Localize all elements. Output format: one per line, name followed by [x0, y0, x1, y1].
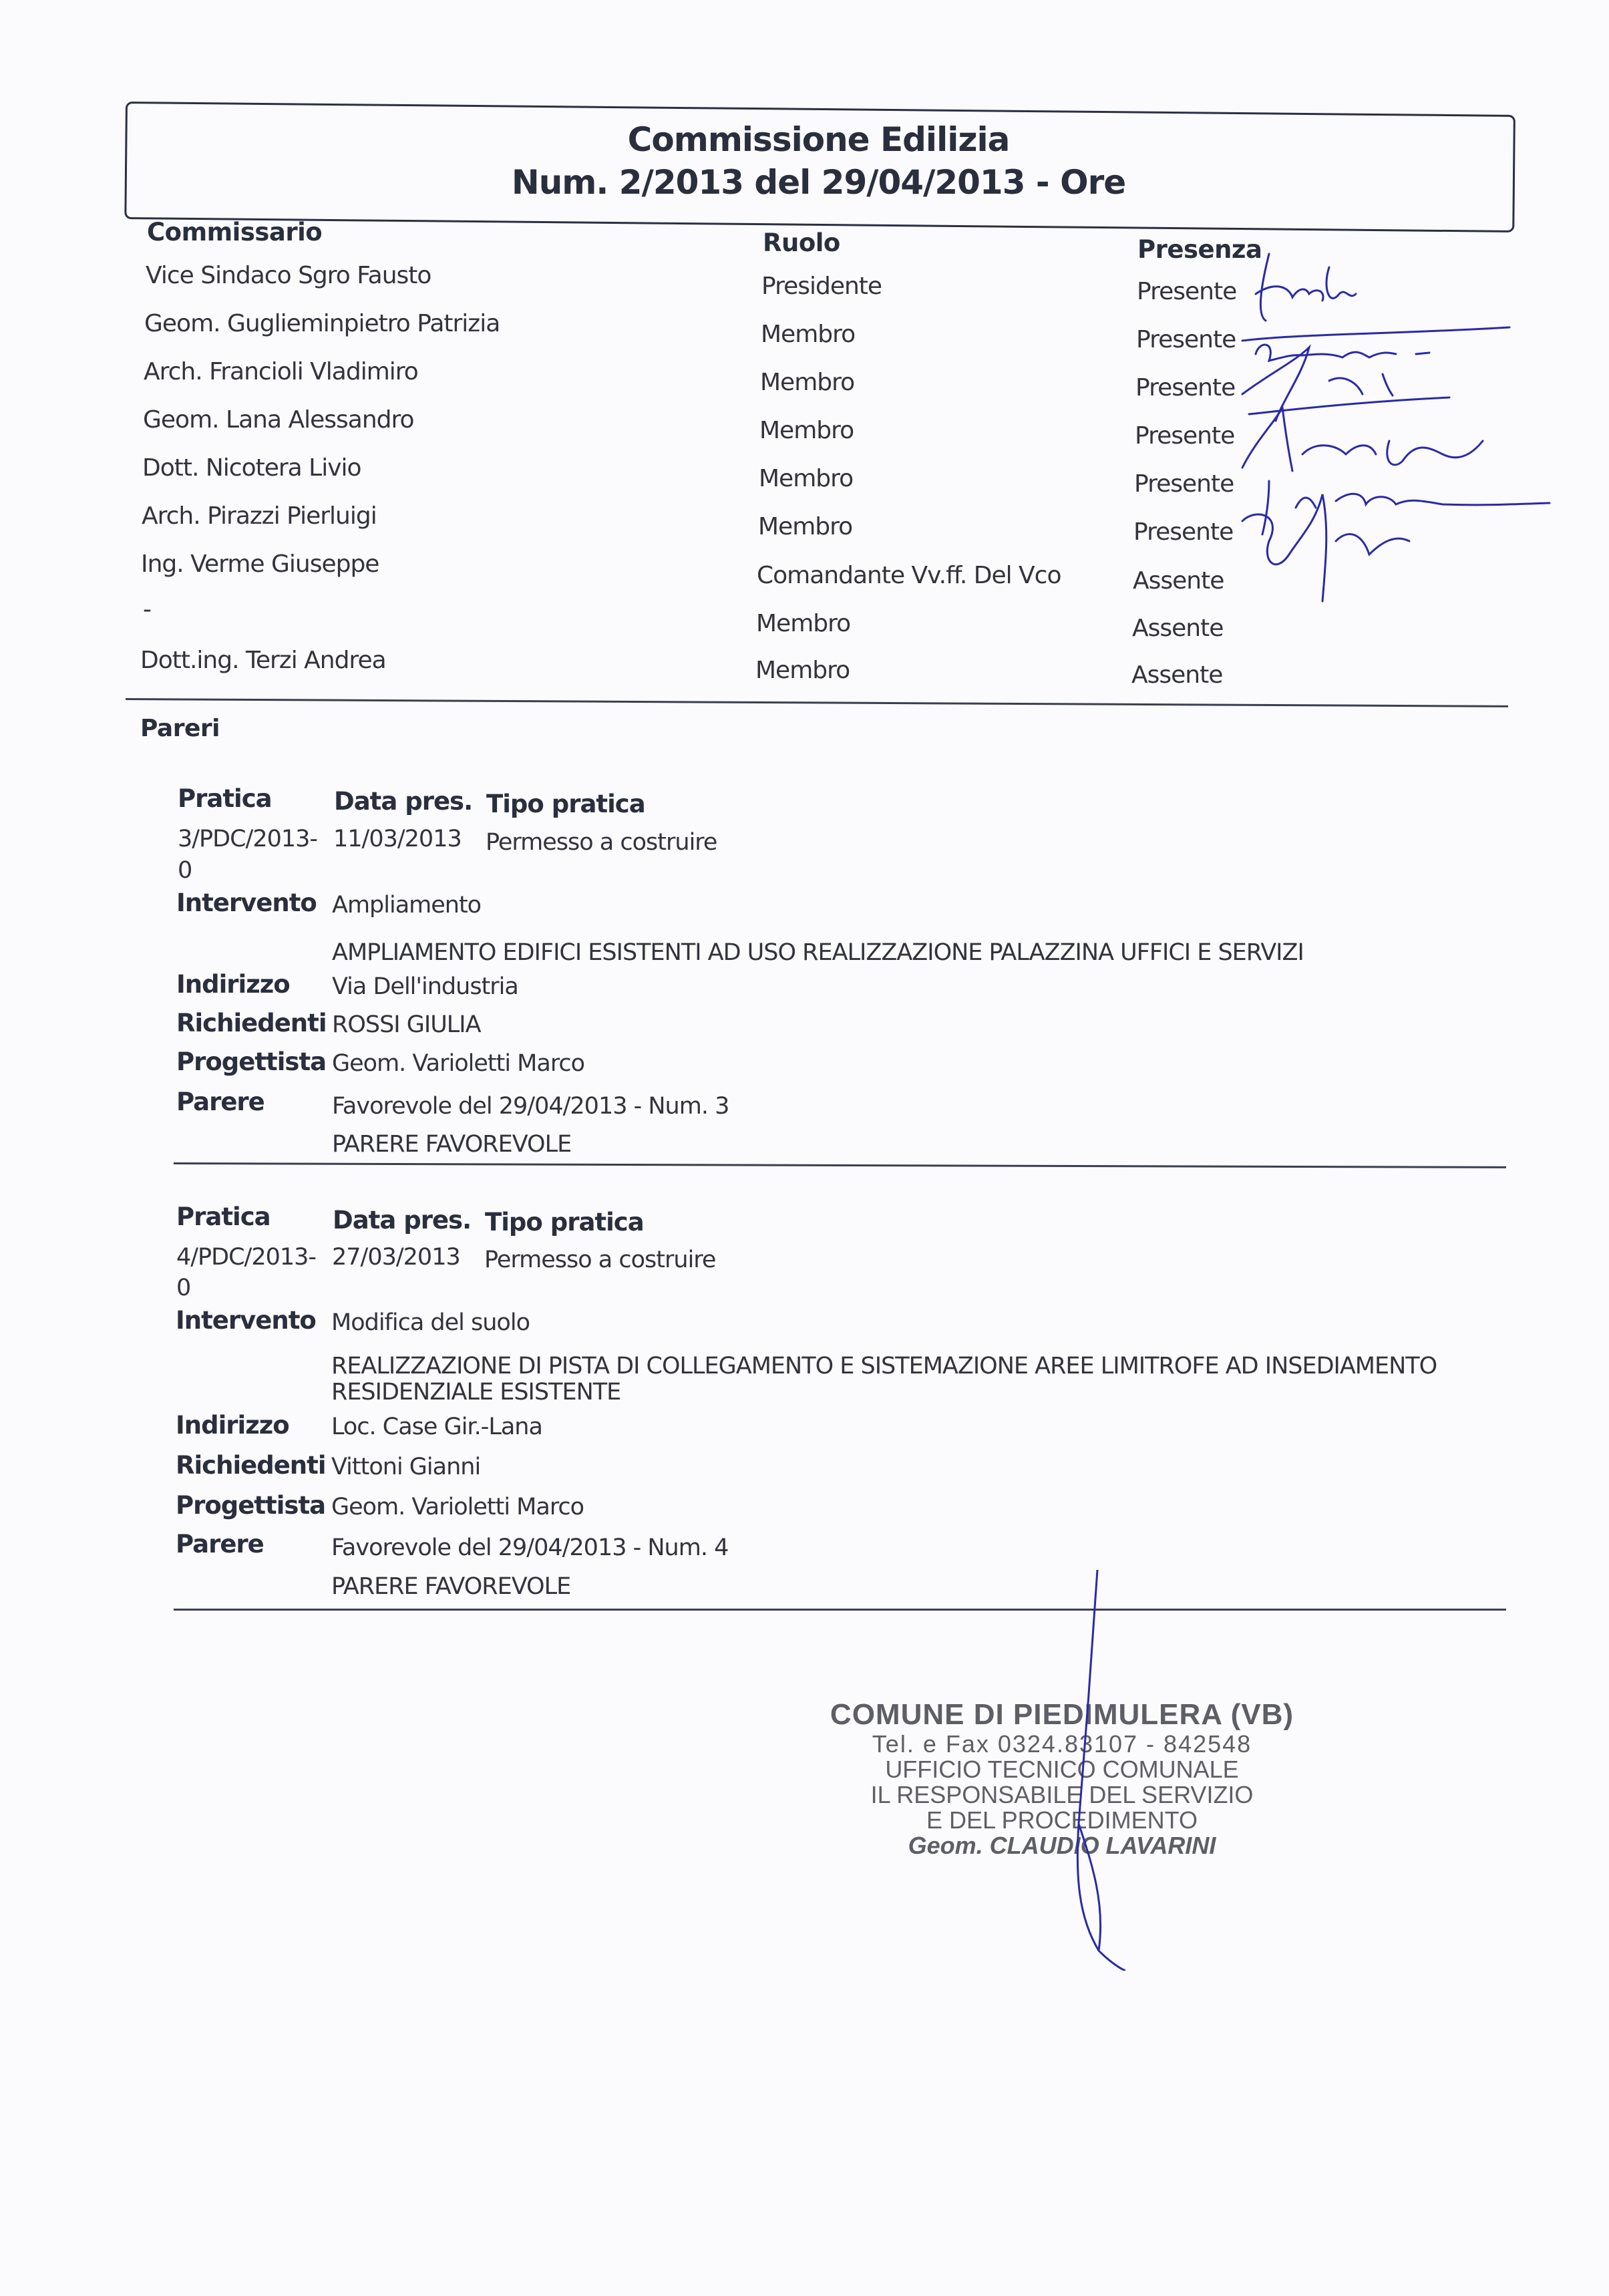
col-ruolo: Ruolo	[763, 228, 840, 257]
intervento-description-cont: RESIDENZIALE ESISTENTE	[331, 1379, 620, 1406]
entry-divider	[174, 1162, 1506, 1168]
member-presence: Presente	[1136, 326, 1236, 353]
richiedenti: ROSSI GIULIA	[332, 1011, 481, 1038]
data-presentazione: 27/03/2013	[332, 1244, 460, 1271]
member-presence: Assente	[1132, 615, 1223, 642]
label-data-pres: Data pres.	[333, 1206, 471, 1235]
richiedenti: Vittoni Gianni	[331, 1454, 480, 1480]
pratica-number: 4/PDC/2013-	[176, 1244, 316, 1271]
pareri-section-title: Pareri	[140, 715, 220, 742]
member-name: Arch. Francioli Vladimiro	[144, 358, 418, 385]
indirizzo: Loc. Case Gir.-Lana	[331, 1414, 542, 1440]
member-role: Membro	[759, 465, 853, 492]
member-presence: Presente	[1137, 278, 1236, 305]
member-name: Arch. Pirazzi Pierluigi	[142, 502, 377, 530]
member-role: Membro	[760, 369, 854, 396]
member-presence: Presente	[1134, 470, 1234, 498]
member-presence: Presente	[1133, 518, 1233, 546]
section-divider	[126, 698, 1508, 707]
member-name: Geom. Guglieminpietro Patrizia	[144, 310, 500, 337]
label-indirizzo: Indirizzo	[176, 1411, 289, 1440]
document-title: Commissione Edilizia	[126, 120, 1511, 159]
tipo-pratica: Permesso a costruire	[486, 829, 717, 856]
parere-note: PARERE FAVOREVOLE	[332, 1131, 571, 1158]
label-richiedenti: Richiedenti	[176, 1451, 326, 1480]
pratica-number-suffix: 0	[178, 857, 192, 884]
intervento: Modifica del suolo	[331, 1309, 530, 1336]
intervento: Ampliamento	[332, 892, 481, 919]
member-role: Comandante Vv.ff. Del Vco	[757, 562, 1061, 589]
member-role: Membro	[758, 513, 852, 540]
member-presence: Assente	[1133, 567, 1224, 595]
parere: Favorevole del 29/04/2013 - Num. 4	[331, 1534, 728, 1561]
member-role: Membro	[761, 321, 855, 348]
member-role: Membro	[755, 657, 850, 684]
label-progettista: Progettista	[176, 1047, 326, 1076]
member-name: Dott.ing. Terzi Andrea	[140, 647, 386, 674]
session-info: Num. 2/2013 del 29/04/2013 - Ore	[126, 163, 1511, 202]
parere-note: PARERE FAVOREVOLE	[331, 1573, 570, 1600]
label-parere: Parere	[176, 1530, 264, 1559]
member-presence: Presente	[1135, 374, 1235, 401]
intervento-description: REALIZZAZIONE DI PISTA DI COLLEGAMENTO E…	[331, 1353, 1437, 1379]
col-commissario: Commissario	[147, 218, 322, 247]
label-pratica: Pratica	[176, 1202, 271, 1231]
label-progettista: Progettista	[176, 1491, 325, 1520]
pratica-number-suffix: 0	[176, 1275, 190, 1301]
progettista: Geom. Varioletti Marco	[332, 1050, 584, 1077]
member-role: Membro	[759, 417, 854, 444]
member-name: Geom. Lana Alessandro	[143, 406, 414, 434]
label-data-pres: Data pres.	[334, 787, 472, 816]
data-presentazione: 11/03/2013	[333, 826, 462, 852]
entry-divider	[174, 1609, 1506, 1611]
label-pratica: Pratica	[178, 784, 272, 813]
parere: Favorevole del 29/04/2013 - Num. 3	[332, 1093, 729, 1120]
label-parere: Parere	[176, 1088, 264, 1116]
member-role: Membro	[756, 610, 850, 637]
member-presence: Presente	[1135, 422, 1234, 450]
label-tipo-pratica: Tipo pratica	[486, 790, 645, 818]
tipo-pratica: Permesso a costruire	[484, 1247, 715, 1273]
label-intervento: Intervento	[176, 888, 317, 917]
member-role: Presidente	[761, 273, 882, 300]
label-intervento: Intervento	[176, 1306, 316, 1335]
member-name: Ing. Verme Giuseppe	[141, 550, 379, 578]
member-name: Vice Sindaco Sgro Fausto	[146, 262, 431, 289]
member-presence: Assente	[1131, 661, 1222, 689]
handwritten-signatures	[1229, 240, 1603, 615]
label-tipo-pratica: Tipo pratica	[485, 1208, 644, 1237]
member-name: Dott. Nicotera Livio	[142, 454, 361, 482]
pratica-number: 3/PDC/2013-	[178, 826, 317, 852]
label-indirizzo: Indirizzo	[176, 970, 290, 999]
intervento-description: AMPLIAMENTO EDIFICI ESISTENTI AD USO REA…	[332, 939, 1304, 966]
label-richiedenti: Richiedenti	[176, 1009, 327, 1037]
member-name: -	[143, 596, 151, 623]
official-signature	[1059, 1570, 1139, 1971]
progettista: Geom. Varioletti Marco	[331, 1494, 584, 1520]
indirizzo: Via Dell'industria	[332, 973, 518, 1000]
